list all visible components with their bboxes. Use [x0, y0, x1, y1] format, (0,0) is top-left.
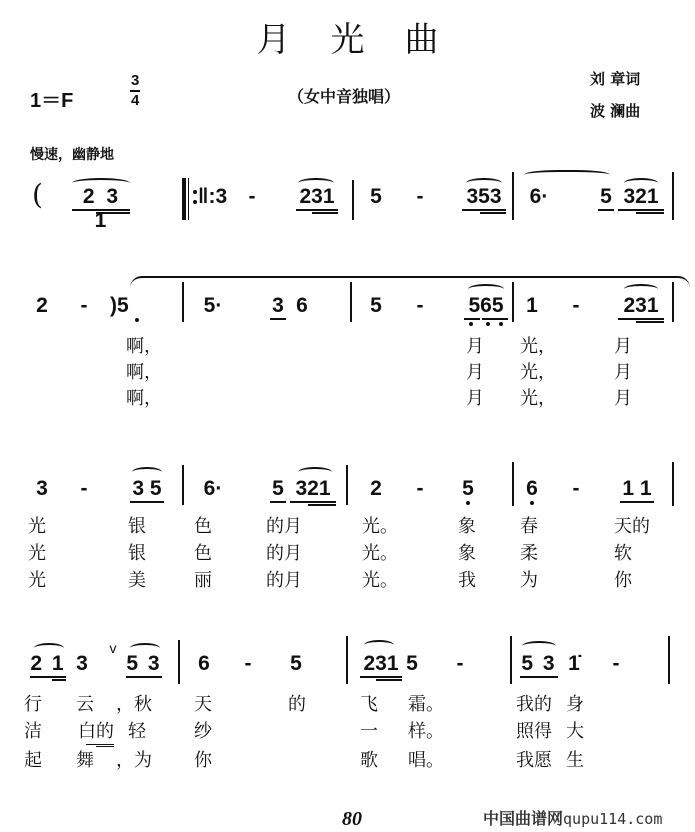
- note: 3: [34, 477, 50, 501]
- lyric: 照得: [516, 721, 552, 743]
- tempo-marking: 慢速，幽静地: [30, 144, 114, 164]
- underline: [464, 318, 480, 320]
- lyric: 一: [360, 721, 378, 743]
- lyric-underline: [86, 744, 114, 745]
- note: ‖:3: [198, 185, 214, 209]
- lyric: 唱。: [408, 750, 444, 772]
- time-signature: 3 4: [130, 72, 140, 110]
- high-note: 1̇: [566, 652, 582, 676]
- lyric: 光。: [362, 543, 398, 565]
- lyric: 天的: [614, 516, 650, 538]
- lyric: 美: [128, 570, 146, 592]
- slur: [364, 640, 394, 650]
- note: 5: [270, 477, 286, 501]
- note-group: 5 3: [124, 652, 164, 676]
- lyric: 光，: [520, 336, 556, 358]
- note-group: 565: [464, 294, 508, 318]
- note-group: 353: [462, 185, 506, 209]
- site-watermark: 中国曲谱网qupu114.com: [483, 806, 662, 829]
- lyric: 光，: [520, 362, 556, 384]
- composer-credit: 波 澜曲: [590, 100, 640, 121]
- note: 1: [524, 294, 540, 318]
- repeat-barline-thin: [188, 178, 189, 220]
- lyric: 柔: [520, 543, 538, 565]
- lyric: 软: [614, 543, 632, 565]
- lyric: 春: [520, 516, 538, 538]
- lyric: 云: [76, 694, 94, 716]
- barline: [668, 636, 670, 684]
- phrase-slur: [130, 276, 690, 288]
- barline: [350, 282, 352, 322]
- note-group: 1 1: [618, 477, 656, 501]
- lyric: ，秋: [116, 694, 152, 716]
- repeat-barline-thick: [182, 178, 186, 220]
- underline: [308, 504, 336, 506]
- note-group: 3 5: [128, 477, 166, 501]
- barline: [512, 172, 514, 220]
- note: 6: [524, 477, 540, 501]
- dash: -: [608, 652, 624, 676]
- note: 5: [598, 185, 614, 209]
- key-signature: 1＝F: [30, 84, 73, 113]
- barline: [512, 462, 514, 506]
- note-group: 2 1: [28, 652, 68, 676]
- lyric: 为: [520, 570, 538, 592]
- lyric: 的月: [266, 570, 302, 592]
- note: 6: [196, 652, 212, 676]
- slur: [132, 467, 162, 477]
- time-signature-denominator: 4: [130, 92, 140, 110]
- song-title: 月光曲: [0, 12, 695, 61]
- underline: [96, 212, 130, 214]
- site-name-chinese: 中国曲谱网: [483, 809, 563, 828]
- slur: [624, 284, 658, 294]
- lyric: 纱: [194, 721, 212, 743]
- low-octave-dot: [135, 318, 139, 322]
- note: 5·: [198, 294, 228, 318]
- lyric: 你: [614, 570, 632, 592]
- lyric: 象: [458, 516, 476, 538]
- lyric: 白的: [78, 721, 114, 743]
- underline: [126, 676, 162, 678]
- lyric: 银: [128, 543, 146, 565]
- note-group: 5 3: [518, 652, 560, 676]
- phrase-slur: [524, 170, 610, 182]
- dash: -: [412, 294, 428, 318]
- lyric: 色: [194, 516, 212, 538]
- underline: [296, 209, 338, 211]
- underline: [72, 209, 130, 211]
- note-group: 231: [618, 294, 664, 318]
- low-octave-dot: [486, 322, 490, 326]
- dash: -: [412, 477, 428, 501]
- lyric: 的月: [266, 516, 302, 538]
- underline: [290, 501, 336, 503]
- lyric: 光，: [520, 388, 556, 410]
- dash: -: [452, 652, 468, 676]
- dash: -: [568, 477, 584, 501]
- note: 6·: [522, 185, 556, 209]
- underline: [636, 321, 664, 323]
- low-octave-dot: [469, 322, 473, 326]
- lyric: 歌: [360, 750, 378, 772]
- underline: [636, 212, 664, 214]
- lyric: 舞: [76, 750, 94, 772]
- barline: [512, 282, 514, 322]
- lyric: 起: [24, 750, 42, 772]
- slur: [298, 467, 332, 477]
- lyric: 身: [566, 694, 584, 716]
- lyric: 丽: [194, 570, 212, 592]
- lyric: 银: [128, 516, 146, 538]
- underline: [620, 501, 654, 503]
- note: 3: [270, 294, 286, 318]
- low-octave-dot: [530, 501, 534, 505]
- barline: [182, 282, 184, 322]
- lyric: 月: [614, 362, 632, 384]
- repeat-dot: [193, 190, 197, 194]
- low-octave-dot: [499, 322, 503, 326]
- underline: [618, 318, 664, 320]
- dash: -: [76, 477, 92, 501]
- dash: -: [568, 294, 584, 318]
- lyric: 啊，: [126, 388, 162, 410]
- lyric: 月: [614, 388, 632, 410]
- underline: [618, 209, 664, 211]
- lyric-underline: [96, 746, 114, 747]
- lyric: 天: [194, 694, 212, 716]
- breath-mark: v: [106, 636, 120, 660]
- barline: [510, 636, 512, 684]
- site-domain: qupu114.com: [563, 810, 662, 828]
- lyric: 光。: [362, 516, 398, 538]
- note-group: 231: [296, 185, 338, 209]
- lyric: 霜。: [408, 694, 444, 716]
- lyric: ，为: [116, 750, 152, 772]
- underline: [270, 501, 286, 503]
- lyric: 的月: [266, 543, 302, 565]
- underline: [376, 679, 402, 681]
- underline: [52, 679, 66, 681]
- lyric: 月: [614, 336, 632, 358]
- barline: [672, 282, 674, 322]
- note-group: 321: [290, 477, 336, 501]
- note: 2: [368, 477, 384, 501]
- lyric: 我: [458, 570, 476, 592]
- note: 5: [368, 185, 384, 209]
- lyric: 象: [458, 543, 476, 565]
- barline: [672, 462, 674, 506]
- lyric: 色: [194, 543, 212, 565]
- performance-note: （女中音独唱）: [288, 84, 400, 107]
- close-paren-note: )5: [110, 294, 140, 318]
- lyric: 生: [566, 750, 584, 772]
- low-octave-dot: [466, 501, 470, 505]
- dash: -: [76, 294, 92, 318]
- note: 6: [294, 294, 310, 318]
- note-group: 231: [360, 652, 402, 676]
- lyricist-credit: 刘 章词: [590, 68, 640, 89]
- barline: [182, 465, 184, 505]
- lyric: 飞: [360, 694, 378, 716]
- dash: -: [244, 185, 260, 209]
- barline: [346, 465, 348, 505]
- lyric: 光: [28, 543, 46, 565]
- slur: [468, 284, 504, 294]
- lyric: 月: [466, 388, 484, 410]
- lyric: 你: [194, 750, 212, 772]
- lyric: 我愿: [516, 750, 552, 772]
- barline: [346, 636, 348, 684]
- lyric: 月: [466, 336, 484, 358]
- lyric: 光。: [362, 570, 398, 592]
- underline: [30, 676, 66, 678]
- dash: -: [240, 652, 256, 676]
- underline: [312, 212, 338, 214]
- slur: [522, 641, 556, 651]
- repeat-dot: [193, 200, 197, 204]
- lyric: 光: [28, 516, 46, 538]
- note: 5: [460, 477, 476, 501]
- note: 5: [404, 652, 420, 676]
- lyric: 啊，: [126, 336, 162, 358]
- lyric: 轻: [128, 721, 146, 743]
- lyric: 的: [288, 694, 306, 716]
- open-parenthesis: (: [32, 180, 43, 210]
- dash: -: [412, 185, 428, 209]
- note: 5: [288, 652, 304, 676]
- lyric: 我的: [516, 694, 552, 716]
- underline: [360, 676, 402, 678]
- underline: [598, 209, 614, 211]
- note: 6·: [198, 477, 228, 501]
- lyric: 洁: [24, 721, 42, 743]
- lyric: 啊，: [126, 362, 162, 384]
- note-group: 321: [618, 185, 664, 209]
- underline: [130, 501, 164, 503]
- barline: [352, 180, 354, 220]
- barline: [178, 640, 180, 684]
- note: 2: [34, 294, 50, 318]
- note: 5: [368, 294, 384, 318]
- lyric: 行: [24, 694, 42, 716]
- underline: [520, 676, 558, 678]
- underline: [270, 318, 286, 320]
- note: 3: [74, 652, 90, 676]
- barline: [672, 172, 674, 220]
- underline: [482, 318, 508, 320]
- lyric: 月: [466, 362, 484, 384]
- lyric: 大: [566, 721, 584, 743]
- underline: [462, 209, 506, 211]
- lyric: 光: [28, 570, 46, 592]
- underline: [480, 212, 506, 214]
- page-number: 80: [342, 808, 362, 831]
- time-signature-numerator: 3: [130, 72, 140, 92]
- lyric: 样。: [408, 721, 444, 743]
